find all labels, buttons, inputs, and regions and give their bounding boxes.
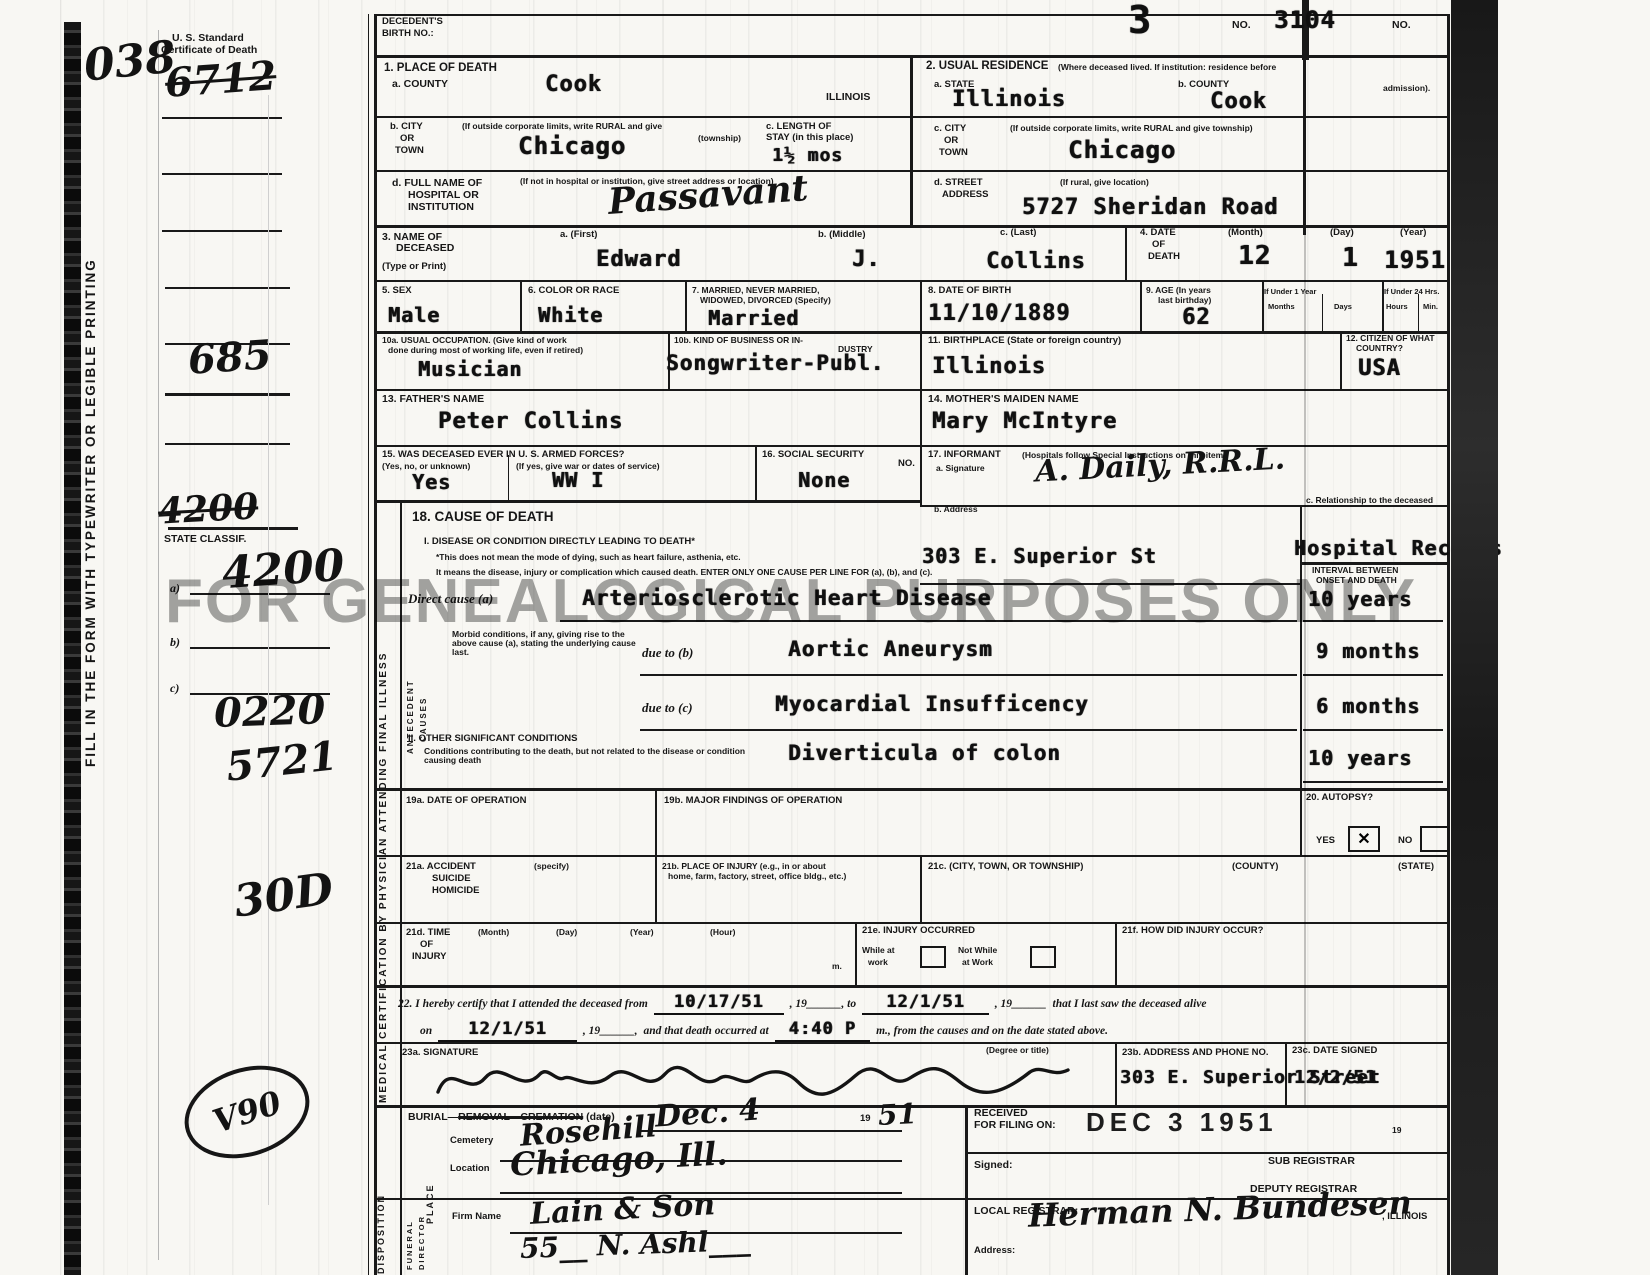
received-label: RECEIVED [974,1108,1028,1119]
street-value: 5727 Sheridan Road [1022,196,1278,220]
dob-label: 8. DATE OF BIRTH [928,286,1011,296]
informant-address-label: b. Address [934,505,978,514]
registrar-state-label: , ILLINOIS [1382,1212,1427,1222]
genealogical-watermark: FOR GENEALOGICAL PURPOSES ONLY [165,566,1417,637]
mother-label: 14. MOTHER'S MAIDEN NAME [928,394,1079,405]
divider [855,922,857,985]
margin-marker-b: b) [170,636,180,649]
place-of-death-title: 1. PLACE OF DEATH [384,62,497,74]
autopsy-no-label: NO [1398,836,1412,846]
divider [920,389,922,445]
residence-city-or: OR [944,136,958,146]
divider [165,287,290,289]
divider [375,985,1447,988]
sub-registrar-label: SUB REGISTRAR [1268,1156,1355,1167]
margin-vertical-instruction: FILL IN THE FORM WITH TYPEWRITER OR LEGI… [84,252,99,767]
street-label: d. STREET [934,178,983,188]
state-printed: ILLINOIS [826,92,870,103]
filing-date-stamp: DEC 3 1951 [1086,1108,1278,1136]
divider [640,729,1297,731]
injury-state-label: (STATE) [1398,862,1434,872]
time-of-injury-label2: OF [420,940,433,950]
dob-value: 11/10/1889 [928,302,1070,326]
divider [640,674,1297,676]
due-to-b-value: Aortic Aneurysm [788,638,993,661]
suicide-label: SUICIDE [432,874,471,884]
operation-date-label: 19a. DATE OF OPERATION [406,796,527,806]
year-label: (Year) [1400,228,1426,238]
divider [375,922,1447,924]
place-vertical-label: PLACE [426,1138,436,1224]
divider [1303,729,1443,731]
time-of-injury-label: 21d. TIME [406,928,450,938]
divider [375,389,1447,391]
due-to-c-value: Myocardial Insufficency [775,693,1089,716]
divider [375,225,1447,228]
certify-text: m., from the causes and on the date stat… [876,1025,1108,1037]
filing-year-printed: 19 [1392,1126,1401,1135]
due-to-b-interval: 9 months [1316,641,1420,663]
mother-value: Mary McIntyre [932,410,1117,434]
under1yr-label: If Under 1 Year [1264,288,1316,296]
injury-m-label: m. [832,962,842,971]
local-registrar-signature: Herman N. Bundesen [1028,1185,1413,1233]
divider [910,55,913,225]
divider [965,1152,1447,1154]
divider [1340,331,1342,389]
death-time-value: 4:40 P [775,1020,870,1042]
divider [1322,294,1323,331]
race-label: 6. COLOR OR RACE [528,286,619,296]
divider [655,788,657,922]
homicide-label: HOMICIDE [432,886,480,896]
divider [920,505,1447,507]
disposition-vertical-label: DISPOSITION [377,1106,387,1274]
sex-label: 5. SEX [382,286,412,296]
marital-value: Married [708,308,799,330]
handwritten-number: 30D [231,865,336,926]
residence-city-label: c. CITY [934,124,966,134]
certification-line1: 22. I hereby certify that I attended the… [398,993,1206,1015]
citizen-label2: COUNTRY? [1356,344,1403,353]
residence-city-town: TOWN [939,148,968,158]
handwritten-number: 0220 [213,688,326,735]
divider [368,14,369,1275]
divider [920,331,922,389]
hospital-label: d. FULL NAME OF [392,178,482,189]
other-conditions-note: Conditions contributing to the death, bu… [424,747,754,765]
residence-state-value: Illinois [952,88,1066,112]
divider [1303,60,1306,235]
divider [920,280,922,331]
due-to-c-label: due to (c) [642,701,693,715]
occupation-value: Musician [418,359,522,381]
stay-label: c. LENGTH OF [766,122,831,132]
burial-label-text: BURIAL— [408,1111,458,1123]
handwritten-number: 5721 [224,734,339,789]
divider [1125,225,1127,280]
divider [375,855,1447,857]
handwritten-circled-code: V90 [208,1083,286,1141]
race-value: White [538,305,603,327]
date-signed-value: 12/2/51 [1294,1068,1377,1087]
certify-text: that I last saw the deceased alive [1053,998,1207,1010]
other-conditions-interval: 10 years [1308,748,1412,770]
cause-part1-label: I. DISEASE OR CONDITION DIRECTLY LEADING… [424,537,695,547]
degree-title-label: (Degree or title) [986,1046,1049,1055]
birthplace-value: Illinois [932,355,1046,379]
last-seen-date: 12/1/51 [438,1020,577,1042]
residence-title: 2. USUAL RESIDENCE [926,60,1048,72]
burial-year-printed: 19 [860,1114,871,1124]
antecedent-vertical-label2: CAUSES [420,626,429,742]
residence-note: (Where deceased lived. If institution: r… [1058,63,1276,72]
margin-marker-c: c) [170,682,179,695]
divider [162,117,282,119]
operation-findings-label: 19b. MAJOR FINDINGS OF OPERATION [664,796,842,806]
hours-label: Hours [1386,303,1408,311]
hospital-label2: HOSPITAL OR [408,190,479,201]
age-label: 9. AGE (In years [1146,286,1211,295]
certify-text: 22. I hereby certify that I attended the… [398,998,648,1010]
divider [375,788,1447,791]
injury-year-label: (Year) [630,928,654,937]
divider [158,30,159,1260]
registration-digit: 3 [1128,0,1152,41]
divider [1303,674,1443,676]
handwritten-number-struck: 4200 [157,487,259,531]
death-day-value: 1 [1342,244,1359,272]
director-vertical-label: DIRECTOR [418,1210,426,1270]
due-to-b-label: due to (b) [642,646,693,660]
state-classif-label: STATE CLASSIF. [164,534,246,545]
residence-note2: admission). [1383,84,1430,93]
marital-label2: WIDOWED, DIVORCED (Specify) [700,296,831,305]
relationship-label: c. Relationship to the deceased [1306,496,1433,505]
circled-code: V90 [173,1050,322,1173]
first-name-label: a. (First) [560,230,597,240]
occupation-label: 10a. USUAL OCCUPATION. (Give kind of wor… [382,336,567,345]
ssn-value: None [798,470,850,492]
firm-address-value: 55__ N. Ashl___ [520,1226,751,1264]
divider [162,173,282,175]
due-to-c-interval: 6 months [1316,696,1420,718]
death-year-value: 1951 [1384,248,1446,274]
death-certificate-scan: U. S. Standard Certificate of Death 038 … [0,0,1650,1275]
decedent-birth-no-label: DECEDENT'S [382,17,443,27]
first-name-value: Edward [596,248,681,272]
divider [375,445,1447,447]
divider [1140,280,1142,331]
injury-city-label: 21c. (CITY, TOWN, OR TOWNSHIP) [928,862,1083,872]
decedent-birth-no-label2: BIRTH NO.: [382,29,434,39]
scan-left-edge [64,22,81,1275]
funeral-vertical-label: FUNERAL [406,1210,414,1270]
divider [375,331,1447,334]
injury-day-label: (Day) [556,928,577,937]
stay-value: 1½ mos [772,146,843,165]
min-label: Min. [1423,303,1438,311]
certify-text: , 19______ [995,998,1047,1010]
divider [1304,235,1306,1105]
address-phone-label: 23b. ADDRESS AND PHONE NO. [1122,1048,1269,1058]
street-note: (If rural, give location) [1060,178,1149,187]
at-work-label: at Work [962,958,993,967]
firm-name-value: Lain & Son [529,1189,716,1231]
autopsy-label: 20. AUTOPSY? [1306,793,1373,803]
autopsy-yes-label: YES [1316,836,1335,846]
city-note: (If outside corporate limits, write RURA… [462,122,662,131]
burial-date-value: Dec. 4 [654,1094,761,1134]
city-note2: (township) [698,134,741,143]
date-signed-label: 23c. DATE SIGNED [1292,1046,1377,1056]
divider [520,280,522,331]
divider [268,95,269,1205]
work-label: work [868,958,888,967]
city-label-or: OR [400,134,414,144]
divider [1303,781,1443,783]
other-conditions-label: II. OTHER SIGNIFICANT CONDITIONS [408,734,577,744]
city-label: b. CITY [390,122,423,132]
hospital-label3: INSTITUTION [408,202,474,213]
certify-text: and that death occurred at [643,1025,768,1037]
place-of-injury-label2: home, farm, factory, street, office bldg… [668,872,846,881]
divider [375,280,1447,282]
location-value: Chicago, Ill. [509,1136,728,1182]
divider [1115,1042,1117,1105]
injury-month-label: (Month) [478,928,509,937]
handwritten-number-struck: 6712 [164,54,278,105]
scan-right-edge [1451,0,1498,1275]
residence-city-note: (If outside corporate limits, write RURA… [1010,124,1253,133]
residence-city-value: Chicago [1068,138,1176,164]
father-label: 13. FATHER'S NAME [382,394,484,405]
certificate-number: 3104 [1274,8,1336,34]
divider [685,280,687,331]
no-label: NO. [1392,20,1411,31]
last-name-label: c. (Last) [1000,228,1036,238]
city-label-town: TOWN [395,146,424,156]
under24-label: If Under 24 Hrs. [1384,288,1439,296]
business-value: Songwriter-Publ. [666,352,884,375]
months-label: Months [1268,303,1295,311]
citizen-value: USA [1358,357,1401,381]
ssn-label: 16. SOCIAL SECURITY [762,450,864,460]
residence-county-value: Cook [1210,90,1267,114]
while-at-label: While at [862,946,895,955]
cause-footnote1: *This does not mean the mode of dying, s… [436,553,741,562]
divider [162,230,282,232]
death-month-value: 12 [1238,242,1271,270]
death-date-label2: OF [1152,240,1165,250]
death-date-label3: DEATH [1148,252,1180,262]
armed-forces-label: 15. WAS DECEASED EVER IN U. S. ARMED FOR… [382,450,624,460]
not-while-at-work-checkbox [1030,946,1056,968]
street-label2: ADDRESS [942,190,988,200]
injury-hour-label: (Hour) [710,928,736,937]
divider [1447,14,1450,1275]
day-label: (Day) [1330,228,1354,238]
not-while-label: Not While [958,946,997,955]
handwritten-number: 685 [187,333,273,382]
divider [190,647,330,649]
location-label: Location [450,1164,490,1174]
divider [374,14,377,1275]
divider [920,855,922,922]
attended-to-date: 12/1/51 [862,993,989,1015]
war-value: WW I [552,470,604,492]
cemetery-label: Cemetery [450,1136,493,1146]
certification-line2: on 12/1/51 , 19______, and that death oc… [420,1020,1108,1042]
informant-label: 17. INFORMANT [928,450,1001,460]
business-label: 10b. KIND OF BUSINESS OR IN- [674,336,803,345]
certify-text: , 19______, to [790,998,856,1010]
divider [375,500,920,503]
name-title3: (Type or Print) [382,262,446,272]
death-date-label: 4. DATE [1140,228,1176,238]
armed-forces-value: Yes [412,472,451,494]
last-name-value: Collins [986,250,1086,274]
middle-name-value: J. [852,248,881,272]
received-label2: FOR FILING ON: [974,1120,1056,1131]
city-value: Chicago [518,134,626,160]
divider [165,443,290,445]
citizen-label: 12. CITIZEN OF WHAT [1346,334,1435,343]
firm-name-label: Firm Name [452,1212,501,1222]
divider [1115,922,1117,985]
informant-signature-label: a. Signature [936,464,985,473]
month-label: (Month) [1228,228,1263,238]
father-value: Peter Collins [438,410,623,434]
no-label: NO. [1232,20,1251,31]
marital-label: 7. MARRIED, NEVER MARRIED, [692,286,820,295]
signed-label: Signed: [974,1160,1013,1171]
cause-title: 18. CAUSE OF DEATH [412,510,554,525]
place-of-injury-label: 21b. PLACE OF INJURY (e.g., in or about [662,862,826,871]
county-label: a. COUNTY [392,79,448,90]
divider [1418,294,1419,331]
injury-occurred-label: 21e. INJURY OCCURRED [862,926,975,936]
divider [165,393,290,396]
birthplace-label: 11. BIRTHPLACE (State or foreign country… [928,336,1121,346]
specify-note: (specify) [534,862,569,871]
divider [920,445,922,505]
middle-name-label: b. (Middle) [818,230,866,240]
injury-county-label: (COUNTY) [1232,862,1278,872]
autopsy-yes-checkbox: ✕ [1348,826,1380,852]
while-at-work-checkbox [920,946,946,968]
certify-text: on [420,1025,432,1037]
other-conditions-value: Diverticula of colon [788,742,1061,765]
days-label: Days [1334,303,1352,311]
how-injury-label: 21f. HOW DID INJURY OCCUR? [1122,926,1263,936]
burial-year-value: 51 [877,1099,917,1131]
sex-value: Male [388,305,440,327]
county-value: Cook [545,73,602,97]
age-label2: last birthday) [1158,296,1211,305]
time-of-injury-label3: INJURY [412,952,447,962]
corner-label-line1: U. S. Standard [172,33,244,44]
age-value: 62 [1182,306,1211,330]
occupation-label2: done during most of working life, even i… [388,346,583,355]
accident-label: 21a. ACCIDENT [406,862,476,872]
name-title2: DECEASED [396,243,454,254]
registrar-address-label: Address: [974,1246,1015,1256]
certify-text: , 19______, [583,1025,638,1037]
divider [965,1105,968,1275]
divider [755,445,757,500]
attended-from-date: 10/17/51 [654,993,784,1015]
stay-label2: STAY (in this place) [766,133,853,143]
autopsy-yes-mark: ✕ [1357,829,1370,849]
autopsy-no-checkbox [1420,826,1450,852]
divider [508,455,509,500]
ssn-label2: NO. [898,459,915,469]
informant-address-value: 303 E. Superior St [922,546,1157,568]
